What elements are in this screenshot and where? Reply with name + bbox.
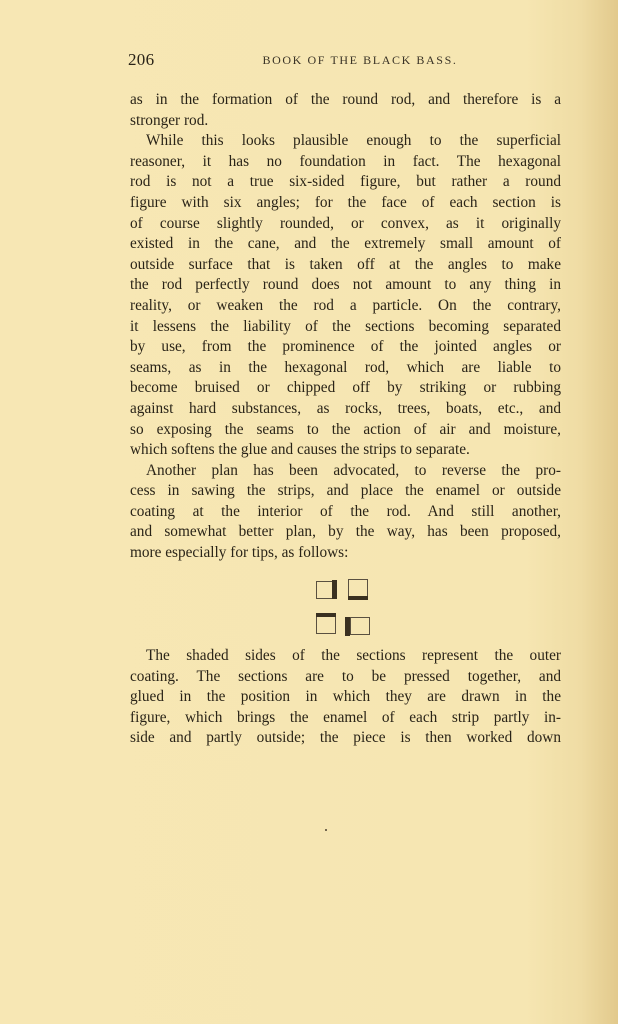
text-line: so exposing the seams to the action of a… xyxy=(130,420,561,441)
section-bottom-right xyxy=(350,617,370,635)
text-line: by use, from the prominence of the joint… xyxy=(130,337,561,358)
shaded-side-right xyxy=(332,580,337,599)
text-line: coating at the interior of the rod. And … xyxy=(130,502,561,523)
text-line: coating. The sections are to be pressed … xyxy=(130,667,561,688)
text-line: side and partly outside; the piece is th… xyxy=(130,728,561,749)
text-line: figure with six angles; for the face of … xyxy=(130,193,561,214)
rod-sections-figure xyxy=(312,579,378,637)
text-line: While this looks plausible enough to the… xyxy=(130,131,561,152)
ink-speck xyxy=(325,829,327,831)
text-line: cess in sawing the strips, and place the… xyxy=(130,481,561,502)
book-page: 206 BOOK OF THE BLACK BASS. as in the fo… xyxy=(0,0,618,1024)
shaded-side-left xyxy=(345,617,350,636)
text-line: the rod perfectly round does not amount … xyxy=(130,275,561,296)
text-line: of course slightly rounded, or convex, a… xyxy=(130,214,561,235)
shaded-side-top xyxy=(316,613,336,617)
text-line: as in the formation of the round rod, an… xyxy=(130,90,561,111)
text-line: glued in the position in which they are … xyxy=(130,687,561,708)
text-line: The shaded sides of the sections represe… xyxy=(130,646,561,667)
text-line: figure, which brings the enamel of each … xyxy=(130,708,561,729)
shaded-side-bottom xyxy=(348,596,368,600)
text-line: existed in the cane, and the extremely s… xyxy=(130,234,561,255)
text-line: reality, or weaken the rod a particle. O… xyxy=(130,296,561,317)
section-top-right xyxy=(348,579,368,597)
text-line: rod is not a true six-sided figure, but … xyxy=(130,172,561,193)
text-line: become bruised or chipped off by strikin… xyxy=(130,378,561,399)
text-line: which softens the glue and causes the st… xyxy=(130,440,561,461)
text-line: stronger rod. xyxy=(130,111,561,132)
section-bottom-left xyxy=(316,616,336,634)
text-line: seams, as in the hexagonal rod, which ar… xyxy=(130,358,561,379)
text-line: Another plan has been advocated, to reve… xyxy=(130,461,561,482)
text-line: reasoner, it has no foundation in fact. … xyxy=(130,152,561,173)
text-line: it lessens the liability of the sections… xyxy=(130,317,561,338)
body-text-block-2: The shaded sides of the sections represe… xyxy=(130,646,561,749)
body-text-block-1: as in the formation of the round rod, an… xyxy=(130,90,561,564)
running-head: 206 BOOK OF THE BLACK BASS. xyxy=(128,50,562,74)
text-line: more especially for tips, as follows: xyxy=(130,543,561,564)
text-line: against hard substances, as rocks, trees… xyxy=(130,399,561,420)
text-line: outside surface that is taken off at the… xyxy=(130,255,561,276)
text-line: and somewhat better plan, by the way, ha… xyxy=(130,522,561,543)
running-title: BOOK OF THE BLACK BASS. xyxy=(128,53,562,68)
